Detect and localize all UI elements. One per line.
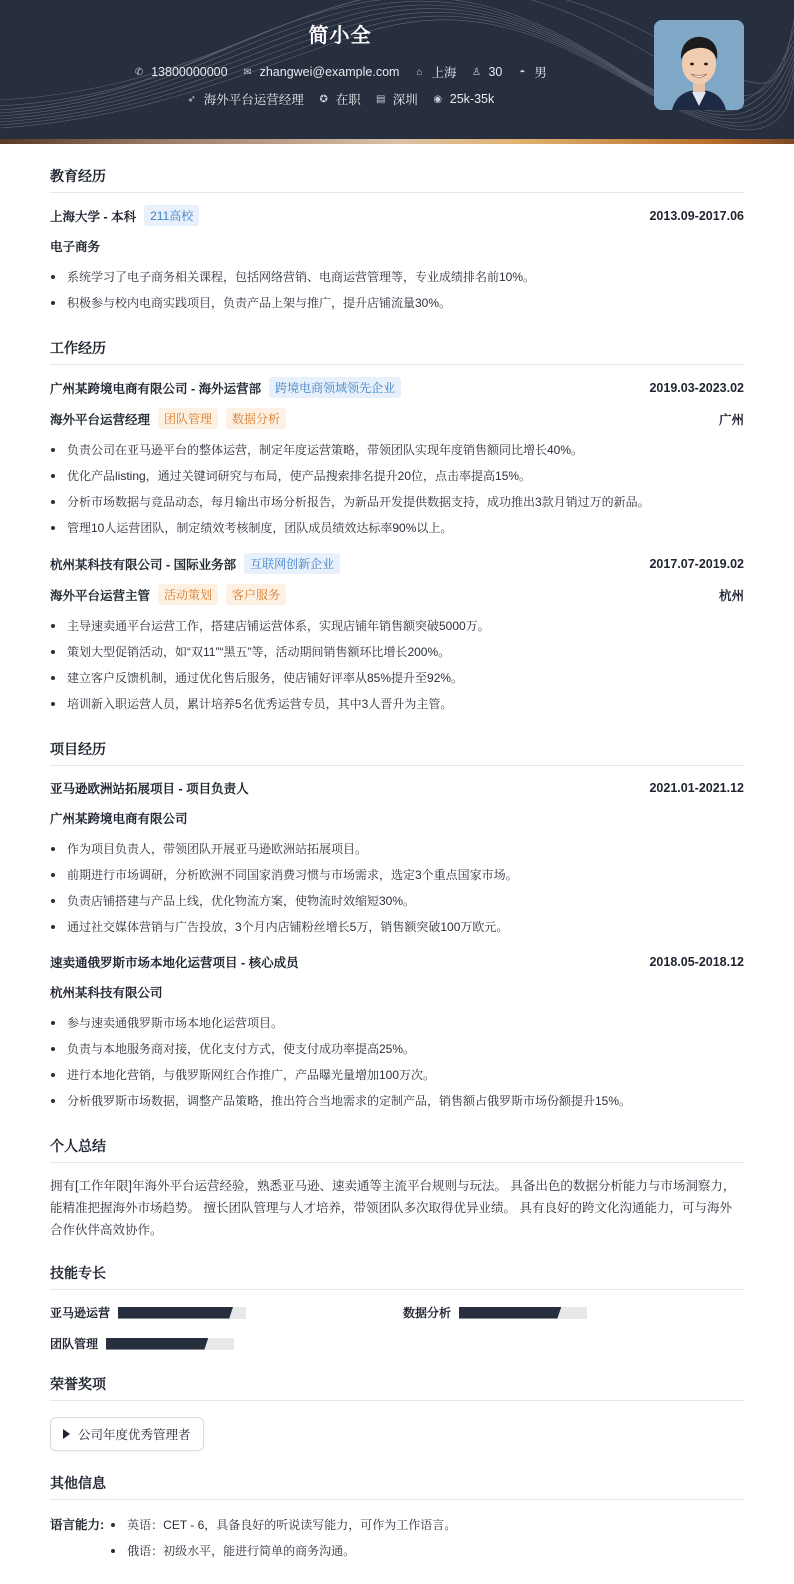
salary-item: ◉ 25k-35k (432, 92, 494, 106)
school-tag: 211高校 (144, 205, 199, 226)
skill-bar-fill (118, 1307, 233, 1319)
list-item: 英语：CET - 6，具备良好的听说读写能力，可作为工作语言。 (110, 1512, 456, 1538)
summary-text: 拥有[工作年限]年海外平台运营经验，熟悉亚马逊、速卖通等主流平台规则与玩法。 具… (50, 1175, 744, 1241)
location-value: 上海 (431, 63, 456, 81)
intent-row: ➶ 海外平台运营经理 ✪ 在职 ▤ 深圳 ◉ 25k-35k (0, 90, 680, 108)
project-date: 2021.01-2021.12 (649, 781, 744, 795)
skill-tag: 数据分析 (226, 408, 286, 429)
skill-bar (118, 1307, 246, 1319)
education-entry: 上海大学 - 本科 211高校 2013.09-2017.06 电子商务 系统学… (50, 205, 744, 316)
building-icon: ▤ (375, 93, 387, 105)
project-date: 2018.05-2018.12 (649, 955, 744, 969)
send-icon: ➶ (186, 93, 198, 105)
section-title: 技能专长 (50, 1263, 744, 1290)
skill-name: 数据分析 (403, 1304, 451, 1321)
list-item: 前期进行市场调研，分析欧洲不同国家消费习惯与市场需求，选定3个重点国家市场。 (50, 862, 744, 888)
salary-value: 25k-35k (450, 92, 494, 106)
avatar (654, 20, 744, 110)
skill-item: 团队管理 (50, 1335, 403, 1352)
list-item: 系统学习了电子商务相关课程，包括网络营销、电商运营管理等，专业成绩排名前10%。 (50, 264, 744, 290)
list-item: 策划大型促销活动，如“双11”“黑五”等，活动期间销售额环比增长200%。 (50, 639, 744, 665)
skill-name: 团队管理 (50, 1335, 98, 1352)
company-tag: 跨境电商领域领先企业 (269, 377, 401, 398)
target-city-item: ▤ 深圳 (375, 90, 418, 108)
section-title: 个人总结 (50, 1136, 744, 1163)
list-item: 积极参与校内电商实践项目，负责产品上架与推广，提升店铺流量30%。 (50, 290, 744, 316)
list-item: 负责店铺搭建与产品上线，优化物流方案，使物流时效缩短30%。 (50, 888, 744, 914)
age-item: ♙ 30 (470, 65, 502, 79)
summary-section: 个人总结 拥有[工作年限]年海外平台运营经验，熟悉亚马逊、速卖通等主流平台规则与… (50, 1136, 744, 1241)
project-bullets: 作为项目负责人，带领团队开展亚马逊欧洲站拓展项目。 前期进行市场调研，分析欧洲不… (50, 836, 744, 940)
job-status-value: 在职 (336, 90, 361, 108)
avatar-portrait-icon (654, 20, 744, 110)
project-entry: 亚马逊欧洲站拓展项目 - 项目负责人 2021.01-2021.12 广州某跨境… (50, 778, 744, 940)
skill-bar-fill (459, 1307, 561, 1319)
work-date: 2019.03-2023.02 (649, 381, 744, 395)
education-bullets: 系统学习了电子商务相关课程，包括网络营销、电商运营管理等，专业成绩排名前10%。… (50, 264, 744, 316)
list-item: 培训新入职运营人员，累计培养5名优秀运营专员，其中3人晋升为主管。 (50, 691, 744, 717)
work-bullets: 负责公司在亚马逊平台的整体运营，制定年度运营策略，带领团队实现年度销售额同比增长… (50, 437, 744, 541)
gender-icon: ◓ (516, 66, 528, 78)
email-value: zhangwei@example.com (260, 65, 400, 79)
work-entry: 杭州某科技有限公司 - 国际业务部 互联网创新企业 2017.07-2019.0… (50, 553, 744, 717)
work-bullets: 主导速卖通平台运营工作，搭建店铺运营体系，实现店铺年销售额突破5000万。 策划… (50, 613, 744, 717)
job-status-item: ✪ 在职 (318, 90, 361, 108)
skill-item: 亚马逊运营 (50, 1304, 403, 1321)
skill-bar-fill (106, 1338, 208, 1350)
email-item: ✉ zhangwei@example.com (242, 65, 400, 79)
language-list: 英语：CET - 6，具备良好的听说读写能力，可作为工作语言。 俄语：初级水平，… (104, 1512, 456, 1564)
phone-item: ✆ 13800000000 (133, 65, 227, 79)
skill-bar (106, 1338, 234, 1350)
gender-item: ◓ 男 (516, 63, 547, 81)
section-title: 教育经历 (50, 166, 744, 193)
skill-tag: 团队管理 (158, 408, 218, 429)
project-name: 速卖通俄罗斯市场本地化运营项目 - 核心成员 (50, 953, 299, 971)
work-date: 2017.07-2019.02 (649, 557, 744, 571)
awards-section: 荣誉奖项 公司年度优秀管理者 (50, 1374, 744, 1451)
skills-grid: 亚马逊运营 数据分析 团队管理 (50, 1304, 744, 1352)
major: 电子商务 (50, 237, 100, 255)
project-name: 亚马逊欧洲站拓展项目 - 项目负责人 (50, 779, 249, 797)
skill-name: 亚马逊运营 (50, 1304, 110, 1321)
award-chip: 公司年度优秀管理者 (50, 1417, 204, 1451)
list-item: 分析俄罗斯市场数据，调整产品策略，推出符合当地需求的定制产品，销售额占俄罗斯市场… (50, 1088, 744, 1114)
position-title: 海外平台运营经理 (50, 410, 150, 428)
section-title: 工作经历 (50, 338, 744, 365)
location-item: ⌂ 上海 (413, 63, 456, 81)
phone-value: 13800000000 (151, 65, 227, 79)
salary-icon: ◉ (432, 93, 444, 105)
skill-tag: 活动策划 (158, 584, 218, 605)
list-item: 管理10人运营团队，制定绩效考核制度，团队成员绩效达标率90%以上。 (50, 515, 744, 541)
company-name: 杭州某科技有限公司 - 国际业务部 (50, 555, 236, 573)
list-item: 分析市场数据与竞品动态，每月输出市场分析报告，为新品开发提供数据支持，成功推出3… (50, 489, 744, 515)
work-section: 工作经历 广州某跨境电商有限公司 - 海外运营部 跨境电商领域领先企业 2019… (50, 338, 744, 717)
list-item: 俄语：初级水平，能进行简单的商务沟通。 (110, 1538, 456, 1564)
list-item: 参与速卖通俄罗斯市场本地化运营项目。 (50, 1010, 744, 1036)
position-title: 海外平台运营主管 (50, 586, 150, 604)
target-position-value: 海外平台运营经理 (204, 90, 304, 108)
list-item: 作为项目负责人，带领团队开展亚马逊欧洲站拓展项目。 (50, 836, 744, 862)
cake-icon: ♙ (470, 66, 482, 78)
projects-section: 项目经历 亚马逊欧洲站拓展项目 - 项目负责人 2021.01-2021.12 … (50, 739, 744, 1114)
home-icon: ⌂ (413, 66, 425, 78)
candidate-name: 简小全 (0, 19, 680, 48)
list-item: 负责公司在亚马逊平台的整体运营，制定年度运营策略，带领团队实现年度销售额同比增长… (50, 437, 744, 463)
resume-header: 简小全 ✆ 13800000000 ✉ zhangwei@example.com… (0, 0, 794, 139)
triangle-right-icon (63, 1429, 70, 1439)
section-title: 其他信息 (50, 1473, 744, 1500)
list-item: 负责与本地服务商对接，优化支付方式，使支付成功率提高25%。 (50, 1036, 744, 1062)
language-block: 语言能力: 英语：CET - 6，具备良好的听说读写能力，可作为工作语言。 俄语… (50, 1512, 744, 1564)
project-entry: 速卖通俄罗斯市场本地化运营项目 - 核心成员 2018.05-2018.12 杭… (50, 952, 744, 1114)
phone-icon: ✆ (133, 66, 145, 78)
resume-body: 教育经历 上海大学 - 本科 211高校 2013.09-2017.06 电子商… (0, 166, 794, 1584)
section-title: 荣誉奖项 (50, 1374, 744, 1401)
mail-icon: ✉ (242, 66, 254, 78)
list-item: 建立客户反馈机制，通过优化售后服务，使店铺好评率从85%提升至92%。 (50, 665, 744, 691)
target-city-value: 深圳 (393, 90, 418, 108)
list-item: 通过社交媒体营销与广告投放，3个月内店铺粉丝增长5万，销售额突破100万欧元。 (50, 914, 744, 940)
work-entry: 广州某跨境电商有限公司 - 海外运营部 跨境电商领域领先企业 2019.03-2… (50, 377, 744, 541)
company-tag: 互联网创新企业 (244, 553, 340, 574)
skills-section: 技能专长 亚马逊运营 数据分析 团队管理 (50, 1263, 744, 1352)
work-city: 广州 (719, 410, 744, 428)
gender-value: 男 (534, 63, 547, 81)
project-company: 杭州某科技有限公司 (50, 983, 163, 1001)
work-city: 杭州 (719, 586, 744, 604)
age-value: 30 (488, 65, 502, 79)
education-date: 2013.09-2017.06 (649, 209, 744, 223)
skill-tag: 客户服务 (226, 584, 286, 605)
list-item: 主导速卖通平台运营工作，搭建店铺运营体系，实现店铺年销售额突破5000万。 (50, 613, 744, 639)
status-icon: ✪ (318, 93, 330, 105)
list-item: 进行本地化营销，与俄罗斯网红合作推广，产品曝光量增加100万次。 (50, 1062, 744, 1088)
education-section: 教育经历 上海大学 - 本科 211高校 2013.09-2017.06 电子商… (50, 166, 744, 316)
company-name: 广州某跨境电商有限公司 - 海外运营部 (50, 379, 261, 397)
section-title: 项目经历 (50, 739, 744, 766)
other-info-section: 其他信息 语言能力: 英语：CET - 6，具备良好的听说读写能力，可作为工作语… (50, 1473, 744, 1584)
skill-bar (459, 1307, 587, 1319)
project-bullets: 参与速卖通俄罗斯市场本地化运营项目。 负责与本地服务商对接，优化支付方式，使支付… (50, 1010, 744, 1114)
project-company: 广州某跨境电商有限公司 (50, 809, 188, 827)
award-name: 公司年度优秀管理者 (78, 1425, 191, 1443)
list-item: 优化产品listing，通过关键词研究与布局，使产品搜索排名提升20位，点击率提… (50, 463, 744, 489)
skill-item: 数据分析 (403, 1304, 744, 1321)
school-name: 上海大学 - 本科 (50, 207, 136, 225)
target-position-item: ➶ 海外平台运营经理 (186, 90, 304, 108)
language-label: 语言能力: (50, 1512, 104, 1564)
contact-row: ✆ 13800000000 ✉ zhangwei@example.com ⌂ 上… (0, 63, 680, 81)
header-accent-bar (0, 139, 794, 144)
